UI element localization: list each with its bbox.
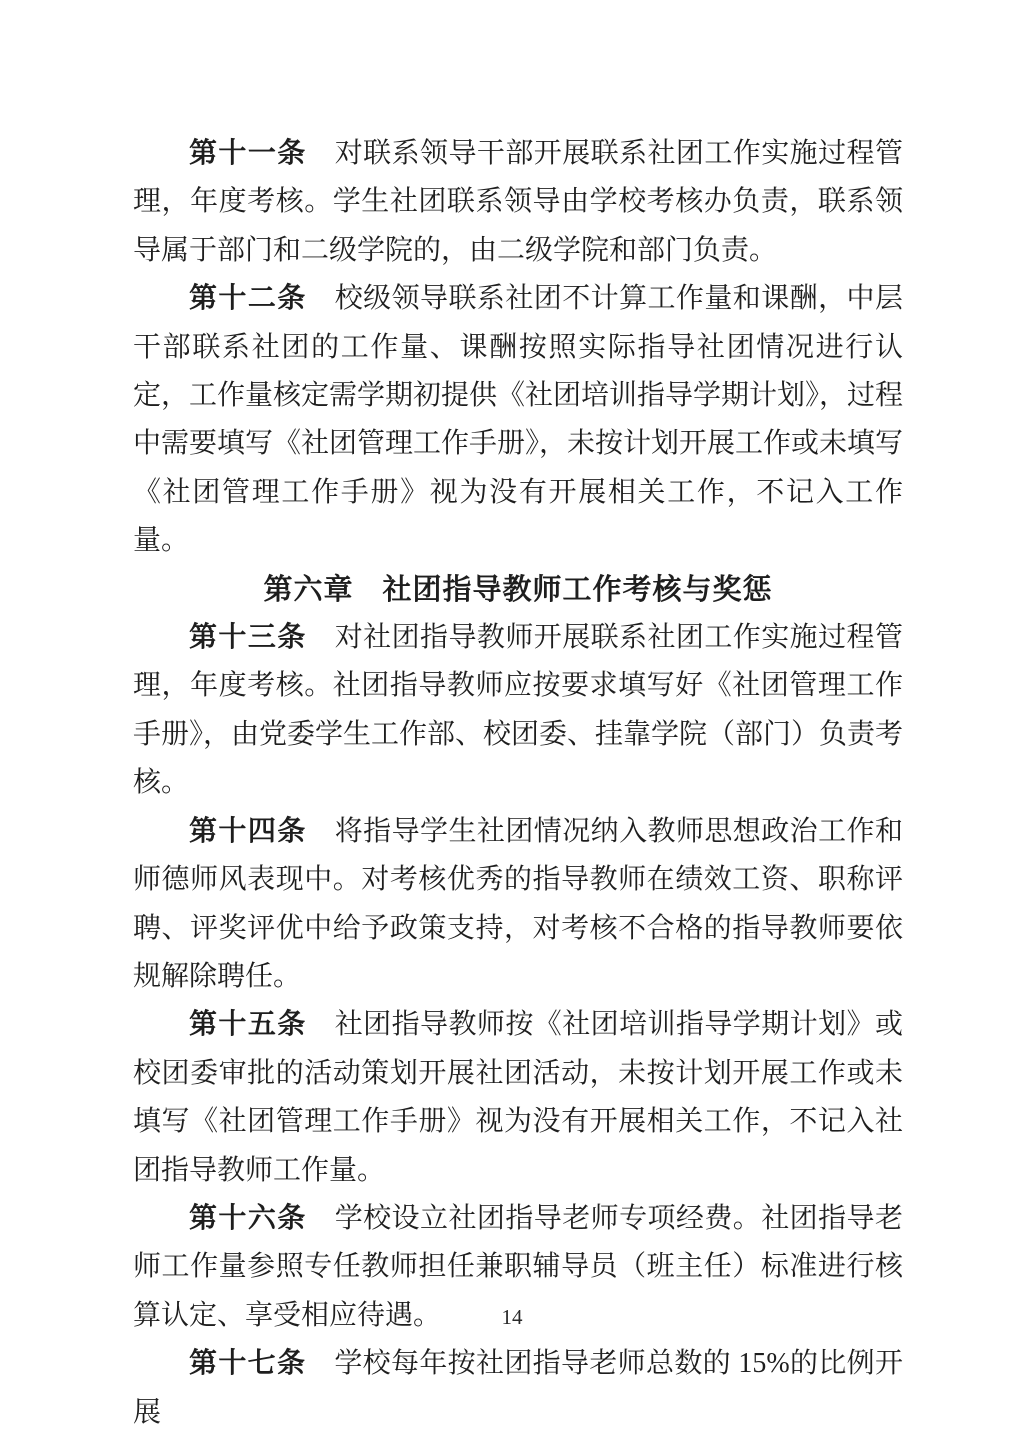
article-number: 第十四条 [189, 816, 307, 847]
article-number: 第十三条 [189, 622, 307, 653]
article-number: 第十一条 [189, 138, 307, 169]
page-number: 14 [0, 1303, 1024, 1331]
document-page: 第十一条对联系领导干部开展联系社团工作实施过程管理，年度考核。学生社团联系领导由… [0, 0, 1024, 1448]
document-body: 第十一条对联系领导干部开展联系社团工作实施过程管理，年度考核。学生社团联系领导由… [133, 130, 903, 1437]
article-paragraph: 第十一条对联系领导干部开展联系社团工作实施过程管理，年度考核。学生社团联系领导由… [133, 130, 903, 275]
article-paragraph: 第十七条学校每年按社团指导老师总数的 15%的比例开展 [133, 1340, 903, 1437]
chapter-heading: 第六章社团指导教师工作考核与奖惩 [133, 566, 903, 614]
chapter-number: 第六章 [263, 574, 353, 606]
article-paragraph: 第十五条社团指导教师按《社团培训指导学期计划》或校团委审批的活动策划开展社团活动… [133, 1001, 903, 1195]
chapter-title: 社团指导教师工作考核与奖惩 [383, 574, 773, 606]
article-number: 第十六条 [189, 1203, 307, 1234]
article-number: 第十七条 [189, 1348, 306, 1379]
article-number: 第十五条 [189, 1009, 307, 1040]
article-paragraph: 第十四条将指导学生社团情况纳入教师思想政治工作和师德师风表现中。对考核优秀的指导… [133, 808, 903, 1002]
article-text: 校级领导联系社团不计算工作量和课酬，中层干部联系社团的工作量、课酬按照实际指导社… [133, 283, 903, 556]
article-number: 第十二条 [189, 283, 307, 314]
article-paragraph: 第十三条对社团指导教师开展联系社团工作实施过程管理，年度考核。社团指导教师应按要… [133, 614, 903, 808]
article-paragraph: 第十二条校级领导联系社团不计算工作量和课酬，中层干部联系社团的工作量、课酬按照实… [133, 275, 903, 565]
